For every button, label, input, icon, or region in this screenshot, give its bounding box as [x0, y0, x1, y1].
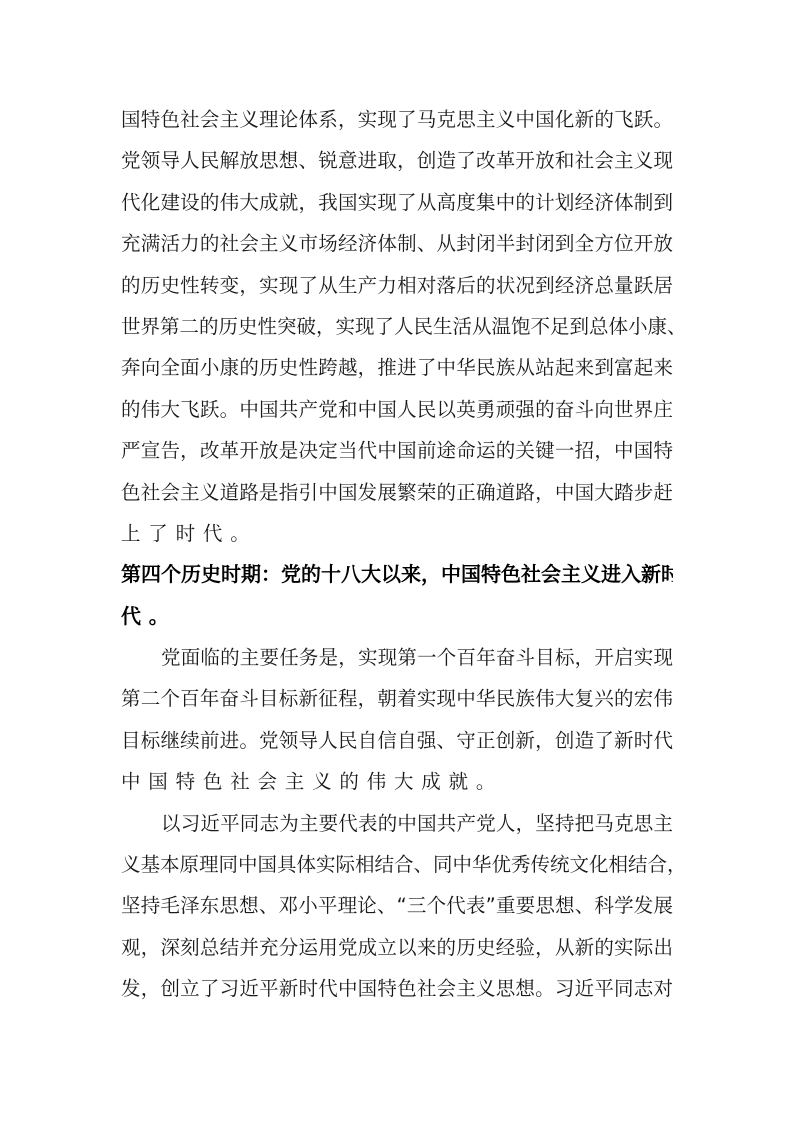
text-line: 党领导人民解放思想、锐意进取，创造了改革开放和社会主义现	[121, 140, 673, 181]
text-line: 充满活力的社会主义市场经济体制、从封闭半封闭到全方位开放	[121, 223, 673, 264]
text-line: 第二个百年奋斗目标新征程，朝着实现中华民族伟大复兴的宏伟	[121, 678, 673, 719]
text-line: 国特色社会主义理论体系，实现了马克思主义中国化新的飞跃。	[121, 99, 673, 140]
paragraph-period-four-thought: 以习近平同志为主要代表的中国共产党人，坚持把马克思主 义基本原理同中国具体实际相…	[121, 803, 673, 1010]
text-line: 代化建设的伟大成就，我国实现了从高度集中的计划经济体制到	[121, 182, 673, 223]
text-line: 世界第二的历史性突破，实现了人民生活从温饱不足到总体小康、	[121, 306, 673, 347]
heading-line: 代。	[121, 596, 673, 637]
document-body: 国特色社会主义理论体系，实现了马克思主义中国化新的飞跃。 党领导人民解放思想、锐…	[121, 99, 673, 1010]
paragraph-period-four-task: 党面临的主要任务是，实现第一个百年奋斗目标，开启实现 第二个百年奋斗目标新征程，…	[121, 637, 673, 803]
heading-line: 第四个历史时期：党的十八大以来，中国特色社会主义进入新时	[121, 554, 673, 595]
text-line: 义基本原理同中国具体实际相结合、同中华优秀传统文化相结合，	[121, 844, 673, 885]
text-line: 奔向全面小康的历史性跨越，推进了中华民族从站起来到富起来	[121, 347, 673, 388]
text-line: 目标继续前进。党领导人民自信自强、守正创新，创造了新时代	[121, 720, 673, 761]
text-line: 党面临的主要任务是，实现第一个百年奋斗目标，开启实现	[121, 637, 673, 678]
text-line: 中国特色社会主义的伟大成就。	[121, 761, 673, 802]
text-line: 观，深刻总结并充分运用党成立以来的历史经验，从新的实际出	[121, 927, 673, 968]
text-line: 色社会主义道路是指引中国发展繁荣的正确道路，中国大踏步赶	[121, 472, 673, 513]
text-line: 发，创立了习近平新时代中国特色社会主义思想。习近平同志对	[121, 968, 673, 1009]
text-line: 的伟大飞跃。中国共产党和中国人民以英勇顽强的奋斗向世界庄	[121, 389, 673, 430]
paragraph-period-three-continued: 国特色社会主义理论体系，实现了马克思主义中国化新的飞跃。 党领导人民解放思想、锐…	[121, 99, 673, 554]
text-line: 严宣告，改革开放是决定当代中国前途命运的关键一招，中国特	[121, 430, 673, 471]
text-line: 上了时代。	[121, 513, 673, 554]
text-line: 的历史性转变，实现了从生产力相对落后的状况到经济总量跃居	[121, 265, 673, 306]
document-page: 国特色社会主义理论体系，实现了马克思主义中国化新的飞跃。 党领导人民解放思想、锐…	[0, 0, 793, 1122]
section-heading-period-four: 第四个历史时期：党的十八大以来，中国特色社会主义进入新时 代。	[121, 554, 673, 637]
text-line: 坚持毛泽东思想、邓小平理论、“三个代表”重要思想、科学发展	[121, 885, 673, 926]
text-line: 以习近平同志为主要代表的中国共产党人，坚持把马克思主	[121, 803, 673, 844]
